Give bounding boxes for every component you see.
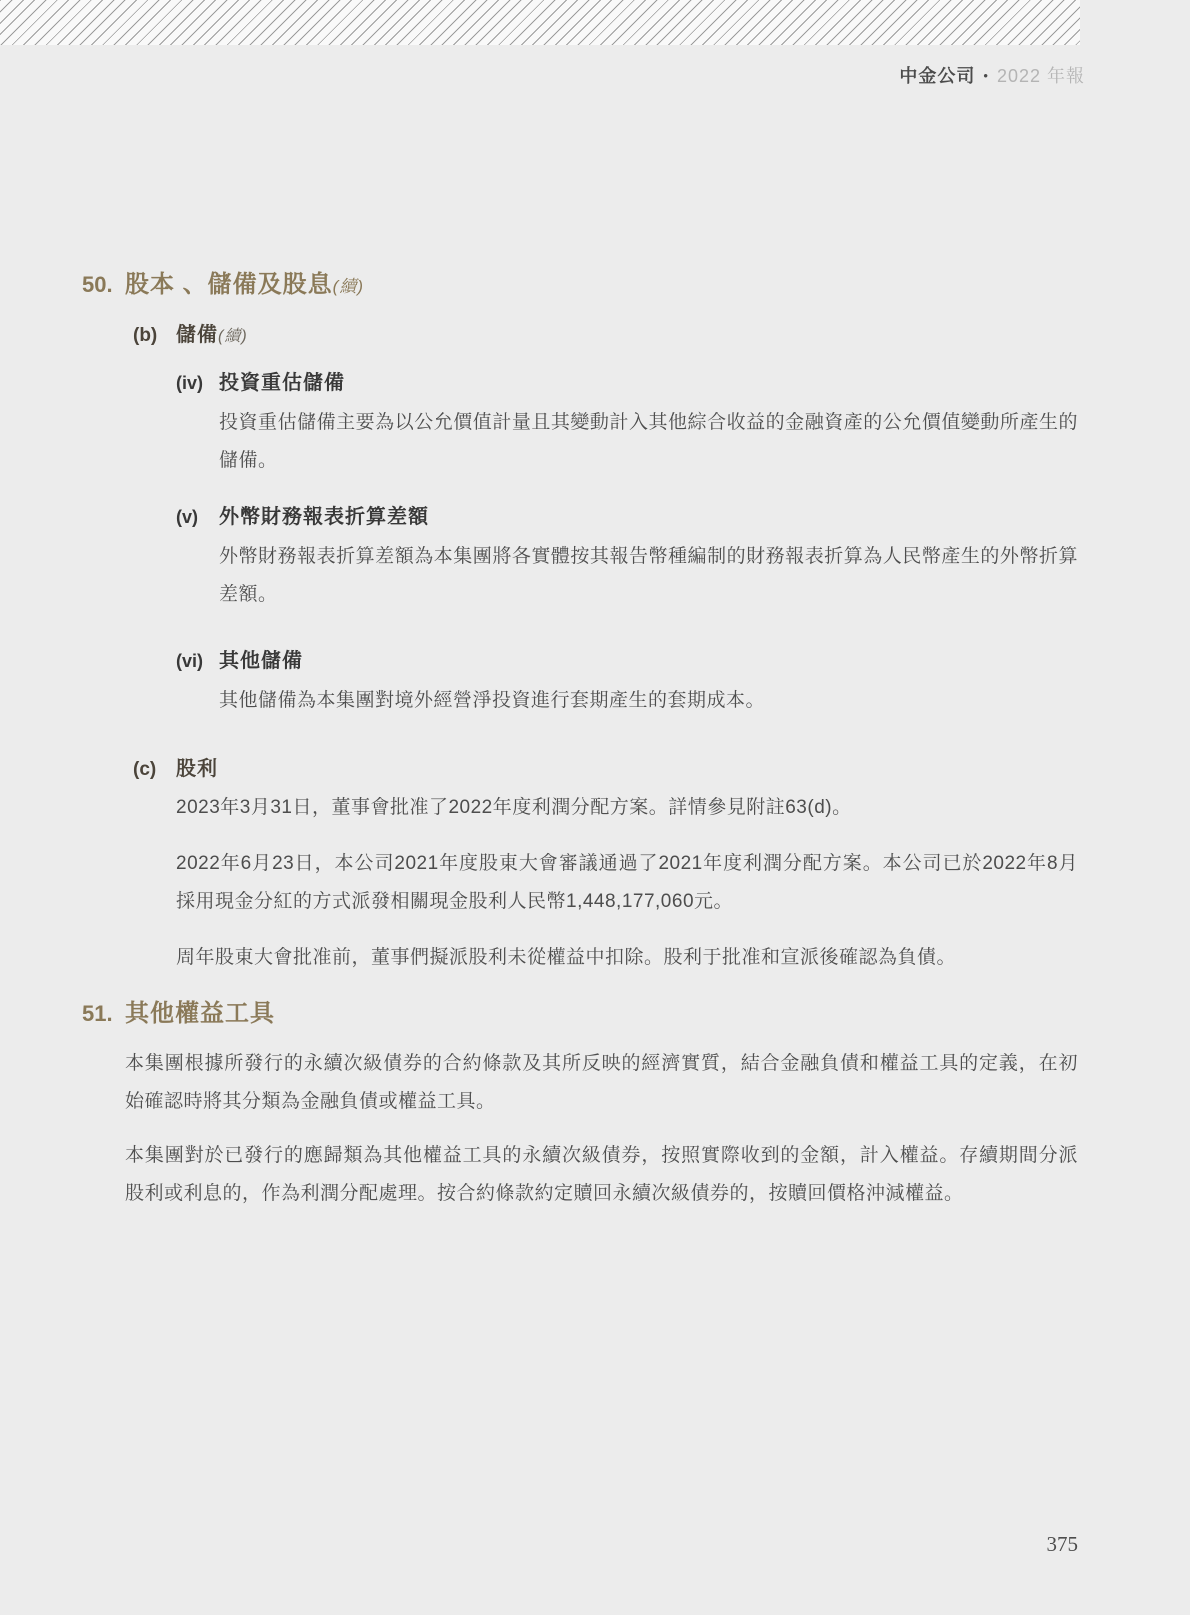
item-vi-heading: (vi) 其他儲備 [176,648,1190,674]
section-50-title-text: 股本 、儲備及股息 [125,271,333,298]
item-iv-heading: (iv) 投資重估儲備 [176,370,1190,396]
equity-instruments-paragraph-1: 本集團根據所發行的永續次級債券的合約條款及其所反映的經濟實質，結合金融負債和權益… [125,1045,1078,1121]
section-51-title: 其他權益工具 [125,999,275,1029]
item-v-title: 外幣財務報表折算差額 [219,504,429,530]
subsection-b: (b) 儲備(續) (iv) 投資重估儲備 投資重估儲備主要為以公允價值計量且其… [0,322,1190,720]
subsection-c-label: (c) [133,756,176,783]
item-vi-label: (vi) [176,648,219,674]
item-vi: (vi) 其他儲備 其他儲備為本集團對境外經營淨投資進行套期產生的套期成本。 [0,648,1190,720]
section-51-number: 51. [82,999,125,1029]
item-v-heading: (v) 外幣財務報表折算差額 [176,504,1190,530]
page-content: 50. 股本 、儲備及股息(續) (b) 儲備(續) (iv) 投資重估儲備 投… [0,0,1190,1213]
item-vi-title: 其他儲備 [219,648,303,674]
dividend-paragraph-1: 2023年3月31日，董事會批准了2022年度利潤分配方案。詳情參見附註63(d… [176,789,1078,827]
item-v-label: (v) [176,504,219,530]
subsection-b-label: (b) [133,322,176,350]
equity-instruments-paragraph-2: 本集團對於已發行的應歸類為其他權益工具的永續次級債券，按照實際收到的金額，計入權… [125,1137,1078,1213]
item-vi-body: 其他儲備為本集團對境外經營淨投資進行套期產生的套期成本。 [219,682,1078,720]
item-iv-label: (iv) [176,370,219,396]
page-number: 375 [1047,1532,1079,1557]
section-50-heading: 50. 股本 、儲備及股息(續) [82,270,1190,302]
subsection-c-title: 股利 [176,756,218,783]
dividend-paragraph-2: 2022年6月23日，本公司2021年度股東大會審議通過了2021年度利潤分配方… [176,845,1078,921]
subsection-b-title: 儲備(續) [176,322,248,350]
subsection-b-title-text: 儲備 [176,324,218,346]
item-iv-body: 投資重估儲備主要為以公允價值計量且其變動計入其他綜合收益的金融資產的公允價值變動… [219,404,1078,480]
item-v: (v) 外幣財務報表折算差額 外幣財務報表折算差額為本集團將各實體按其報告幣種編… [0,504,1190,614]
section-50-continued-marker: (續) [333,277,364,296]
section-50-title: 股本 、儲備及股息(續) [125,270,364,302]
subsection-c-heading: (c) 股利 [133,756,1190,783]
section-50-number: 50. [82,270,125,302]
section-51-heading: 51. 其他權益工具 [82,999,1190,1029]
report-page: { "theme": { "page_background": "#ececec… [0,0,1190,1615]
item-iv: (iv) 投資重估儲備 投資重估儲備主要為以公允價值計量且其變動計入其他綜合收益… [0,370,1190,480]
section-51: 51. 其他權益工具 本集團根據所發行的永續次級債券的合約條款及其所反映的經濟實… [0,999,1190,1213]
subsection-b-continued-marker: (續) [218,328,248,345]
dividend-paragraph-3: 周年股東大會批准前，董事們擬派股利未從權益中扣除。股利于批准和宣派後確認為負債。 [176,939,1078,977]
subsection-b-heading: (b) 儲備(續) [133,322,1190,350]
item-v-body: 外幣財務報表折算差額為本集團將各實體按其報告幣種編制的財務報表折算為人民幣產生的… [219,538,1078,614]
section-50: 50. 股本 、儲備及股息(續) (b) 儲備(續) (iv) 投資重估儲備 投… [0,270,1190,977]
subsection-c: (c) 股利 2023年3月31日，董事會批准了2022年度利潤分配方案。詳情參… [0,756,1190,977]
item-iv-title: 投資重估儲備 [219,370,345,396]
